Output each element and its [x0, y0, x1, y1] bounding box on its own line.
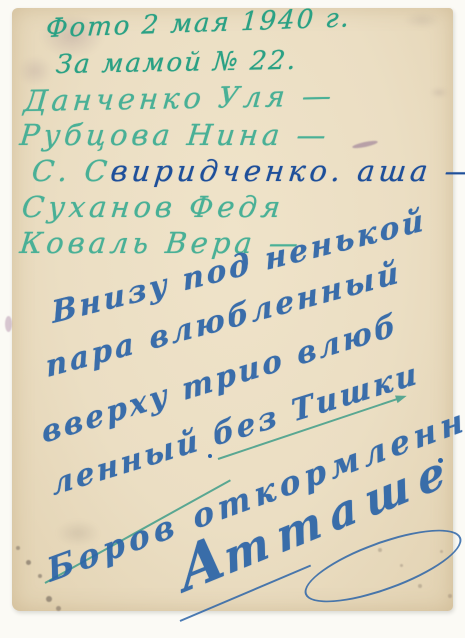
inscription-caption: За мамой № 22. [55, 46, 299, 80]
speck [16, 546, 20, 550]
stain [404, 12, 440, 28]
stain [430, 88, 448, 97]
name-sviridchenko: С. Свиридченко. аша — [30, 154, 465, 188]
stain [18, 56, 52, 86]
ink-dot [438, 458, 443, 463]
name-sukhanov: Суханов Федя [20, 190, 286, 224]
ink-dot [208, 454, 212, 458]
speck [46, 596, 52, 602]
stain [5, 316, 12, 332]
arrowhead-icon [395, 392, 408, 403]
speck [418, 584, 422, 588]
speck [38, 574, 42, 578]
speck [448, 594, 452, 598]
inscription-date: Фото 2 мая 1940 г. [45, 3, 352, 44]
stain [352, 139, 378, 149]
speck [56, 606, 61, 611]
speck [26, 560, 31, 565]
name-rubtsova: Рубцова Нина — [18, 118, 331, 152]
photo-back-scan: Фото 2 мая 1940 г. За мамой № 22. Данчен… [0, 0, 465, 638]
photo-paper: Фото 2 мая 1940 г. За мамой № 22. Данчен… [12, 8, 453, 611]
name-sviridchenko-rest: виридченко. аша — [109, 154, 465, 188]
name-sviridchenko-initials: С. С [30, 154, 112, 188]
name-danchenko: Данченко Уля — [23, 79, 337, 118]
